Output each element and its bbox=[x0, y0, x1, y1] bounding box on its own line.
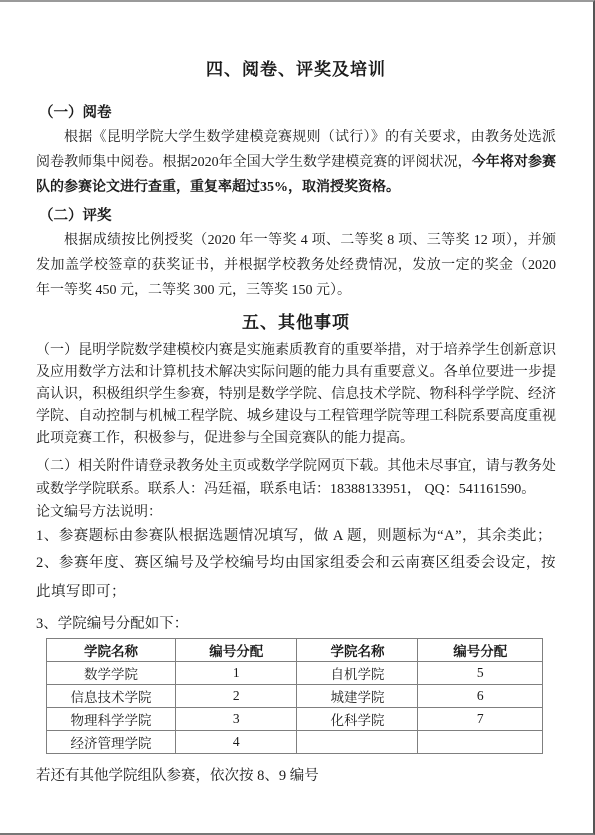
table-cell bbox=[297, 731, 418, 754]
section5-paragraph-2: （二）相关附件请登录教务处主页或数学学院网页下载。其他未尽事宜，请与教务处或数学… bbox=[36, 455, 556, 501]
table-cell: 经济管理学院 bbox=[47, 731, 176, 754]
table-cell: 4 bbox=[175, 731, 297, 754]
table-cell: 数学学院 bbox=[47, 662, 176, 685]
section5-title: 五、其他事项 bbox=[36, 312, 556, 334]
table-cell: 6 bbox=[418, 685, 543, 708]
table-cell: 信息技术学院 bbox=[47, 685, 176, 708]
table-cell: 1 bbox=[175, 662, 297, 685]
table-cell bbox=[418, 731, 543, 754]
awards-paragraph: 根据成绩按比例授奖（2020 年一等奖 4 项、二等奖 8 项、三等奖 12 项… bbox=[36, 228, 556, 303]
numbering-item-1: 1、参赛题标由参赛队根据选题情况填写，做 A 题，则题标为“A”，其余类此； bbox=[36, 523, 556, 549]
document-content: 四、阅卷、评奖及培训 （一）阅卷 根据《昆明学院大学生数学建模竞赛规则（试行）》… bbox=[0, 2, 593, 786]
college-number-table: 学院名称 编号分配 学院名称 编号分配 数学学院 1 自机学院 5 信息技术学院… bbox=[46, 638, 543, 754]
footer-note: 若还有其他学院组队参赛，依次按 8、9 编号 bbox=[36, 766, 556, 786]
table-cell: 城建学院 bbox=[297, 685, 418, 708]
section4-title: 四、阅卷、评奖及培训 bbox=[36, 59, 556, 81]
table-cell: 3 bbox=[175, 708, 297, 731]
table-header-college-name: 学院名称 bbox=[47, 639, 176, 662]
table-header-number-alloc-2: 编号分配 bbox=[418, 639, 543, 662]
table-cell: 化科学院 bbox=[297, 708, 418, 731]
numbering-note: 论文编号方法说明： bbox=[36, 503, 556, 523]
table-cell: 5 bbox=[418, 662, 543, 685]
table-cell: 物理科学学院 bbox=[47, 708, 176, 731]
table-header-row: 学院名称 编号分配 学院名称 编号分配 bbox=[47, 639, 543, 662]
numbering-item-2: 2、参赛年度、赛区编号及学校编号均由国家组委会和云南赛区组委会设定，按此填写即可… bbox=[36, 549, 556, 607]
table-cell: 7 bbox=[418, 708, 543, 731]
table-row: 数学学院 1 自机学院 5 bbox=[47, 662, 543, 685]
table-cell: 自机学院 bbox=[297, 662, 418, 685]
grading-paragraph: 根据《昆明学院大学生数学建模竞赛规则（试行）》的有关要求，由教务处选派阅卷教师集… bbox=[36, 125, 556, 200]
section4-sub2-heading: （二）评奖 bbox=[36, 207, 556, 225]
table-cell: 2 bbox=[175, 685, 297, 708]
table-header-college-name-2: 学院名称 bbox=[297, 639, 418, 662]
section4-sub1-heading: （一）阅卷 bbox=[36, 104, 556, 122]
table-row: 信息技术学院 2 城建学院 6 bbox=[47, 685, 543, 708]
numbering-item-3: 3、学院编号分配如下： bbox=[36, 614, 556, 634]
section5-paragraph-1: （一）昆明学院数学建模校内赛是实施素质教育的重要举措，对于培养学生创新意识及应用… bbox=[36, 340, 556, 450]
document-page: 四、阅卷、评奖及培训 （一）阅卷 根据《昆明学院大学生数学建模竞赛规则（试行）》… bbox=[0, 0, 595, 835]
table-header-number-alloc: 编号分配 bbox=[175, 639, 297, 662]
table-row: 经济管理学院 4 bbox=[47, 731, 543, 754]
table-row: 物理科学学院 3 化科学院 7 bbox=[47, 708, 543, 731]
